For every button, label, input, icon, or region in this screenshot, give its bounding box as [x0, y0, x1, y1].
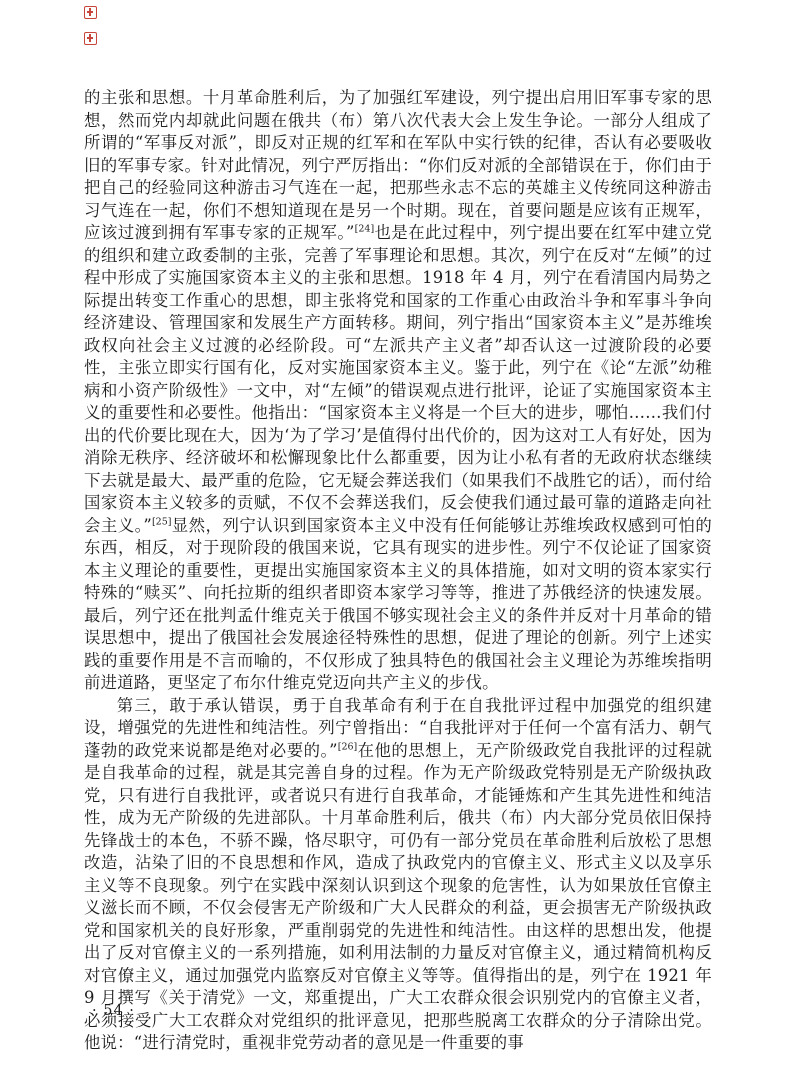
seal-mark-icon: [84, 32, 97, 45]
footnote-reference: [24]: [355, 224, 375, 235]
paragraph: 第三，敢于承认错误，勇于自我革命有利于在自我批评过程中加强党的组织建设，增强党的…: [84, 695, 712, 1055]
footnote-reference: [26]: [338, 741, 358, 752]
paragraph: 的主张和思想。十月革命胜利后，为了加强红军建设，列宁提出启用旧军事专家的思想，然…: [84, 87, 712, 695]
body-text: 的主张和思想。十月革命胜利后，为了加强红军建设，列宁提出启用旧军事专家的思想，然…: [84, 87, 712, 1055]
page-number: · 54 ·: [92, 1002, 135, 1020]
footnote-reference: [25]: [152, 516, 172, 527]
seal-mark-icon: [84, 6, 97, 19]
document-page: 的主张和思想。十月革命胜利后，为了加强红军建设，列宁提出启用旧军事专家的思想，然…: [0, 0, 793, 1077]
